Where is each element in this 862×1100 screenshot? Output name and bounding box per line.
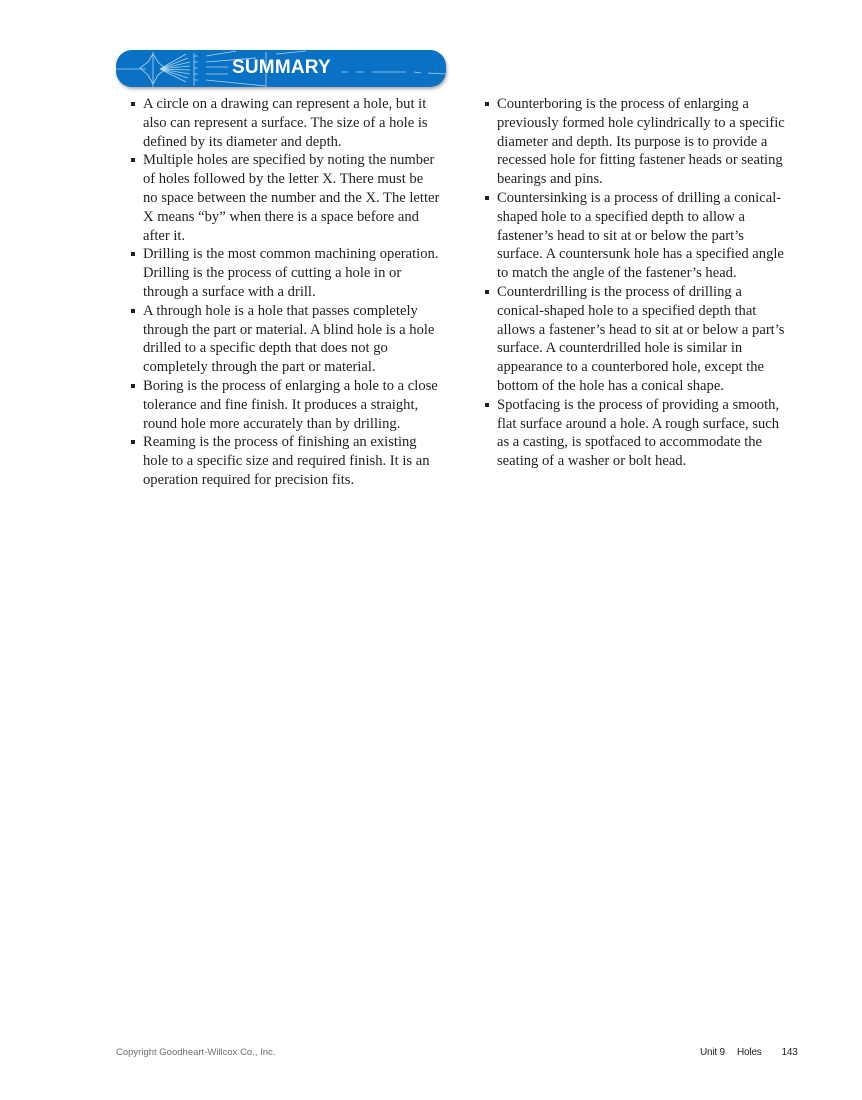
list-item: Counterboring is the process of enlargin… bbox=[485, 95, 790, 189]
bullet-square-icon bbox=[485, 102, 489, 106]
list-item-text: Spotfacing is the process of providing a… bbox=[497, 397, 779, 469]
bullet-square-icon bbox=[485, 403, 489, 407]
list-item: Drilling is the most common machining op… bbox=[131, 245, 441, 301]
copyright-footer: Copyright Goodheart-Willcox Co., Inc. bbox=[116, 1047, 275, 1058]
list-item: Boring is the process of enlarging a hol… bbox=[131, 377, 441, 433]
list-item-text: A circle on a drawing can represent a ho… bbox=[143, 96, 428, 150]
left-column: A circle on a drawing can represent a ho… bbox=[131, 95, 441, 490]
list-item-text: A through hole is a hole that passes com… bbox=[143, 303, 434, 375]
bullet-square-icon bbox=[131, 102, 135, 106]
list-item: Countersinking is a process of drilling … bbox=[485, 189, 790, 283]
list-item: Reaming is the process of finishing an e… bbox=[131, 433, 441, 489]
list-item: Counterdrilling is the process of drilli… bbox=[485, 283, 790, 396]
bullet-square-icon bbox=[485, 196, 489, 200]
bullet-square-icon bbox=[485, 290, 489, 294]
bullet-square-icon bbox=[131, 384, 135, 388]
list-item-text: Multiple holes are specified by noting t… bbox=[143, 152, 439, 243]
list-item-text: Drilling is the most common machining op… bbox=[143, 246, 438, 300]
summary-list-left: A circle on a drawing can represent a ho… bbox=[131, 95, 441, 490]
unit-title: Holes bbox=[737, 1047, 762, 1058]
list-item-text: Countersinking is a process of drilling … bbox=[497, 190, 784, 281]
list-item-text: Reaming is the process of finishing an e… bbox=[143, 434, 430, 488]
summary-list-right: Counterboring is the process of enlargin… bbox=[485, 95, 790, 471]
list-item: A circle on a drawing can represent a ho… bbox=[131, 95, 441, 151]
bullet-square-icon bbox=[131, 158, 135, 162]
banner-title: SUMMARY bbox=[232, 58, 331, 78]
unit-label: Unit 9 bbox=[700, 1047, 725, 1058]
list-item-text: Counterdrilling is the process of drilli… bbox=[497, 284, 784, 394]
list-item-text: Boring is the process of enlarging a hol… bbox=[143, 378, 438, 432]
right-column: Counterboring is the process of enlargin… bbox=[485, 95, 790, 471]
bullet-square-icon bbox=[131, 309, 135, 313]
list-item: A through hole is a hole that passes com… bbox=[131, 302, 441, 377]
list-item: Multiple holes are specified by noting t… bbox=[131, 151, 441, 245]
list-item: Spotfacing is the process of providing a… bbox=[485, 396, 790, 471]
page-footer: Unit 9Holes143 bbox=[700, 1047, 798, 1058]
bullet-square-icon bbox=[131, 252, 135, 256]
list-item-text: Counterboring is the process of enlargin… bbox=[497, 96, 785, 187]
bullet-square-icon bbox=[131, 440, 135, 444]
summary-banner: SUMMARY bbox=[116, 50, 446, 87]
page-number: 143 bbox=[782, 1047, 798, 1058]
